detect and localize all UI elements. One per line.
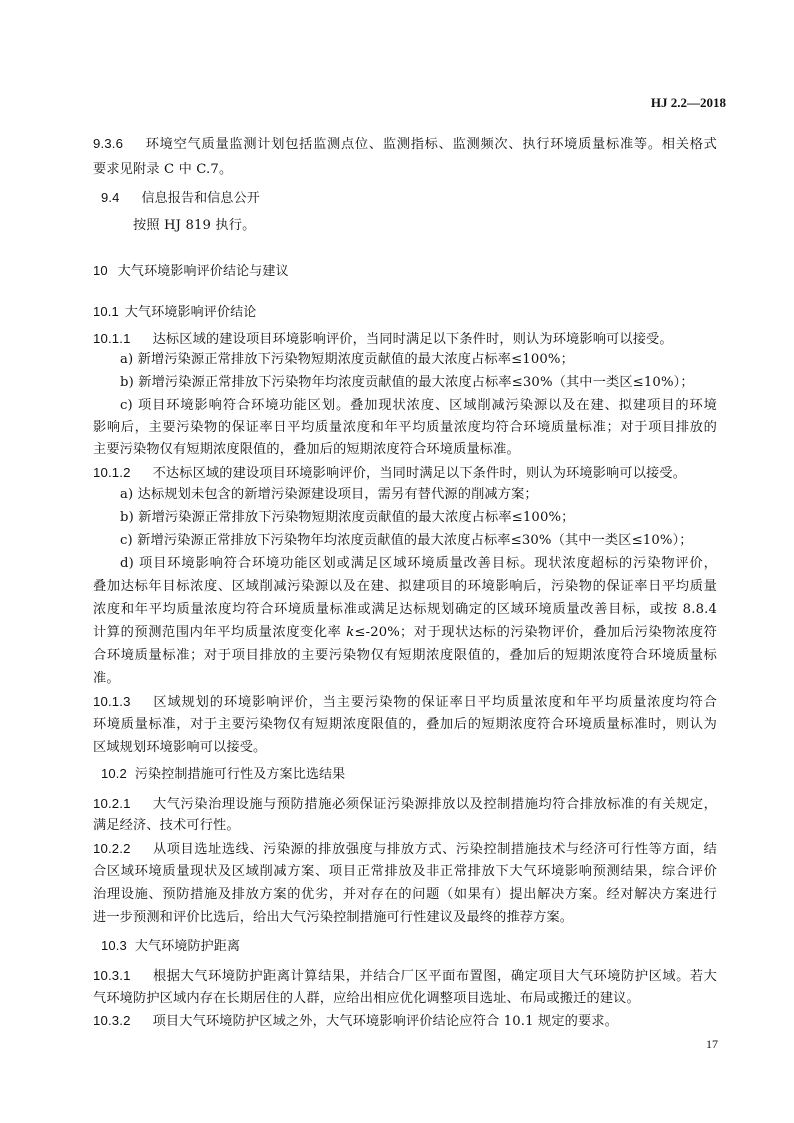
section-title: 信息报告和信息公开: [142, 191, 260, 206]
clause-9-3-6-line-2: 要求见附录 C 中 C.7。: [93, 160, 232, 180]
chapter-number: 10: [93, 263, 108, 278]
clause-10-1-1-item-a: a) 新增污染源正常排放下污染物短期浓度贡献值的最大浓度占标率≤100%；: [120, 350, 574, 370]
clause-text: 达标区域的建设项目环境影响评价，当同时满足以下条件时，则认为环境影响可以接受。: [153, 332, 673, 347]
clause-10-1-2-item-d-line-1: d) 项目环境影响符合环境功能区划或满足区域环境质量改善目标。现状浓度超标的污染…: [120, 554, 717, 574]
clause-text: 从项目选址选线、污染源的排放强度与排放方式、污染控制措施技术与经济可行性等方面，…: [153, 842, 717, 857]
clause-10-2-2-line-3: 治理设施、预防措施及排放方案的优劣，并对存在的问题（如果有）提出解决方案。经对解…: [93, 885, 717, 905]
clause-number: 9.3.6: [93, 136, 123, 151]
clause-10-1-2-item-c: c) 新增污染源正常排放下污染物年均浓度贡献值的最大浓度占标率≤30%（其中一类…: [120, 531, 693, 551]
section-heading-10-2: 10.2污染控制措施可行性及方案比选结果: [101, 764, 345, 785]
page-number: 17: [706, 1037, 718, 1052]
chapter-title: 大气环境影响评价结论与建议: [118, 264, 289, 279]
clause-10-1-1-item-c-line-2: 影响后，主要污染物的保证率日平均质量浓度和年平均质量浓度均符合环境质量标准；对于…: [93, 418, 717, 438]
clause-10-1-2-item-a: a) 达标规划未包含的新增污染源建设项目，需另有替代源的削减方案；: [120, 485, 538, 505]
text-segment: 计算的预测范围内年平均质量浓度变化率: [93, 625, 346, 640]
clause-10-1-2-intro: 10.1.2不达标区域的建设项目环境影响评价，当同时满足以下条件时，则认为环境影…: [93, 463, 686, 484]
clause-10-1-2-item-d-line-2: 叠加达标年目标浓度、区域削减污染源以及在建、拟建项目的环境影响后，污染物的保证率…: [93, 577, 717, 597]
section-heading-10-1: 10.1大气环境影响评价结论: [93, 302, 256, 323]
clause-10-3-1-line-2: 气环境防护区域内存在长期居住的人群，应给出相应优化调整项目选址、布局或搬迁的建议…: [93, 989, 640, 1009]
clause-10-2-1-line-2: 满足经济、技术可行性。: [93, 816, 240, 836]
clause-number: 10.3.2: [93, 1013, 131, 1028]
clause-10-1-3-line-2: 环境质量标准，对于主要污染物仅有短期浓度限值的，叠加后的短期浓度符合环境质量标准…: [93, 715, 717, 735]
clause-text: 大气污染治理设施与预防措施必须保证污染源排放以及控制措施均符合排放标准的有关规定…: [153, 797, 717, 812]
clause-10-1-1-item-c-line-3: 主要污染物仅有短期浓度限值的，叠加后的短期浓度符合环境质量标准。: [93, 440, 520, 460]
section-title: 污染控制措施可行性及方案比选结果: [135, 767, 345, 782]
text-segment: ≤-20%；对于现状达标的污染物评价，叠加后污染物浓度符: [354, 625, 717, 640]
clause-10-1-2-item-d-line-6: 准。: [93, 669, 120, 689]
clause-10-1-2-item-d-line-3: 浓度和年平均质量浓度均符合环境质量标准或满足达标规划确定的区域环境质量改善目标，…: [93, 600, 717, 620]
clause-number: 10.3.1: [93, 968, 131, 983]
section-title: 大气环境影响评价结论: [125, 305, 257, 320]
clause-9-4-text: 按照 HJ 819 执行。: [133, 216, 255, 236]
clause-text: 环境空气质量监测计划包括监测点位、监测指标、监测频次、执行环境质量标准等。相关格…: [145, 137, 717, 152]
document-header-code: HJ 2.2—2018: [651, 95, 726, 111]
clause-number: 10.2.2: [93, 841, 131, 856]
section-number: 10.1: [93, 304, 119, 319]
clause-10-1-2-item-d-line-5: 合环境质量标准；对于项目排放的主要污染物仅有短期浓度限值的，叠加后的短期浓度符合…: [93, 646, 717, 666]
clause-text: 根据大气环境防护距离计算结果，并结合厂区平面布置图，确定项目大气环境防护区域。若…: [153, 969, 717, 984]
clause-10-2-1-line-1: 10.2.1大气污染治理设施与预防措施必须保证污染源排放以及控制措施均符合排放标…: [93, 794, 717, 815]
section-heading-10-3: 10.3大气环境防护距离: [101, 936, 240, 957]
clause-10-1-1-intro: 10.1.1达标区域的建设项目环境影响评价，当同时满足以下条件时，则认为环境影响…: [93, 329, 673, 350]
clause-10-1-1-item-b: b) 新增污染源正常排放下污染物年均浓度贡献值的最大浓度占标率≤30%（其中一类…: [120, 373, 694, 393]
clause-10-1-3-line-3: 区域规划环境影响可以接受。: [93, 738, 266, 758]
clause-10-2-2-line-4: 进一步预测和评价比选后，给出大气污染控制措施可行性建议及最终的推荐方案。: [93, 908, 573, 928]
section-heading-9-4: 9.4信息报告和信息公开: [101, 188, 260, 209]
clause-9-3-6-line-1: 9.3.6环境空气质量监测计划包括监测点位、监测指标、监测频次、执行环境质量标准…: [93, 134, 717, 155]
clause-10-3-1-line-1: 10.3.1根据大气环境防护距离计算结果，并结合厂区平面布置图，确定项目大气环境…: [93, 966, 717, 987]
clause-10-1-2-item-d-line-4: 计算的预测范围内年平均质量浓度变化率 k≤-20%；对于现状达标的污染物评价，叠…: [93, 623, 717, 643]
section-title: 大气环境防护距离: [135, 939, 240, 954]
clause-10-3-2-line-1: 10.3.2项目大气环境防护区域之外，大气环境影响评价结论应符合 10.1 规定…: [93, 1011, 618, 1032]
clause-10-1-1-item-c-line-1: c) 项目环境影响符合环境功能区划。叠加现状浓度、区域削减污染源以及在建、拟建项…: [120, 396, 717, 416]
clause-10-1-3-line-1: 10.1.3区域规划的环境影响评价，当主要污染物的保证率日平均质量浓度和年平均质…: [93, 692, 717, 713]
clause-10-1-2-item-b: b) 新增污染源正常排放下污染物短期浓度贡献值的最大浓度占标率≤100%；: [120, 508, 575, 528]
clause-text: 区域规划的环境影响评价，当主要污染物的保证率日平均质量浓度和年平均质量浓度均符合: [153, 695, 717, 710]
clause-number: 10.1.1: [93, 331, 131, 346]
clause-number: 10.1.3: [93, 694, 131, 709]
clause-text: 项目大气环境防护区域之外，大气环境影响评价结论应符合 10.1 规定的要求。: [153, 1014, 618, 1029]
section-number: 10.3: [101, 938, 127, 953]
clause-10-2-2-line-1: 10.2.2从项目选址选线、污染源的排放强度与排放方式、污染控制措施技术与经济可…: [93, 839, 717, 860]
clause-text: 不达标区域的建设项目环境影响评价，当同时满足以下条件时，则认为环境影响可以接受。: [153, 466, 687, 481]
section-number: 10.2: [101, 766, 127, 781]
section-number: 9.4: [101, 190, 120, 205]
chapter-heading-10: 10大气环境影响评价结论与建议: [93, 261, 289, 282]
clause-10-2-2-line-2: 合区域环境质量现状及区域削减方案、项目正常排放及非正常排放下大气环境影响预测结果…: [93, 862, 717, 882]
clause-number: 10.1.2: [93, 465, 131, 480]
clause-number: 10.2.1: [93, 796, 131, 811]
